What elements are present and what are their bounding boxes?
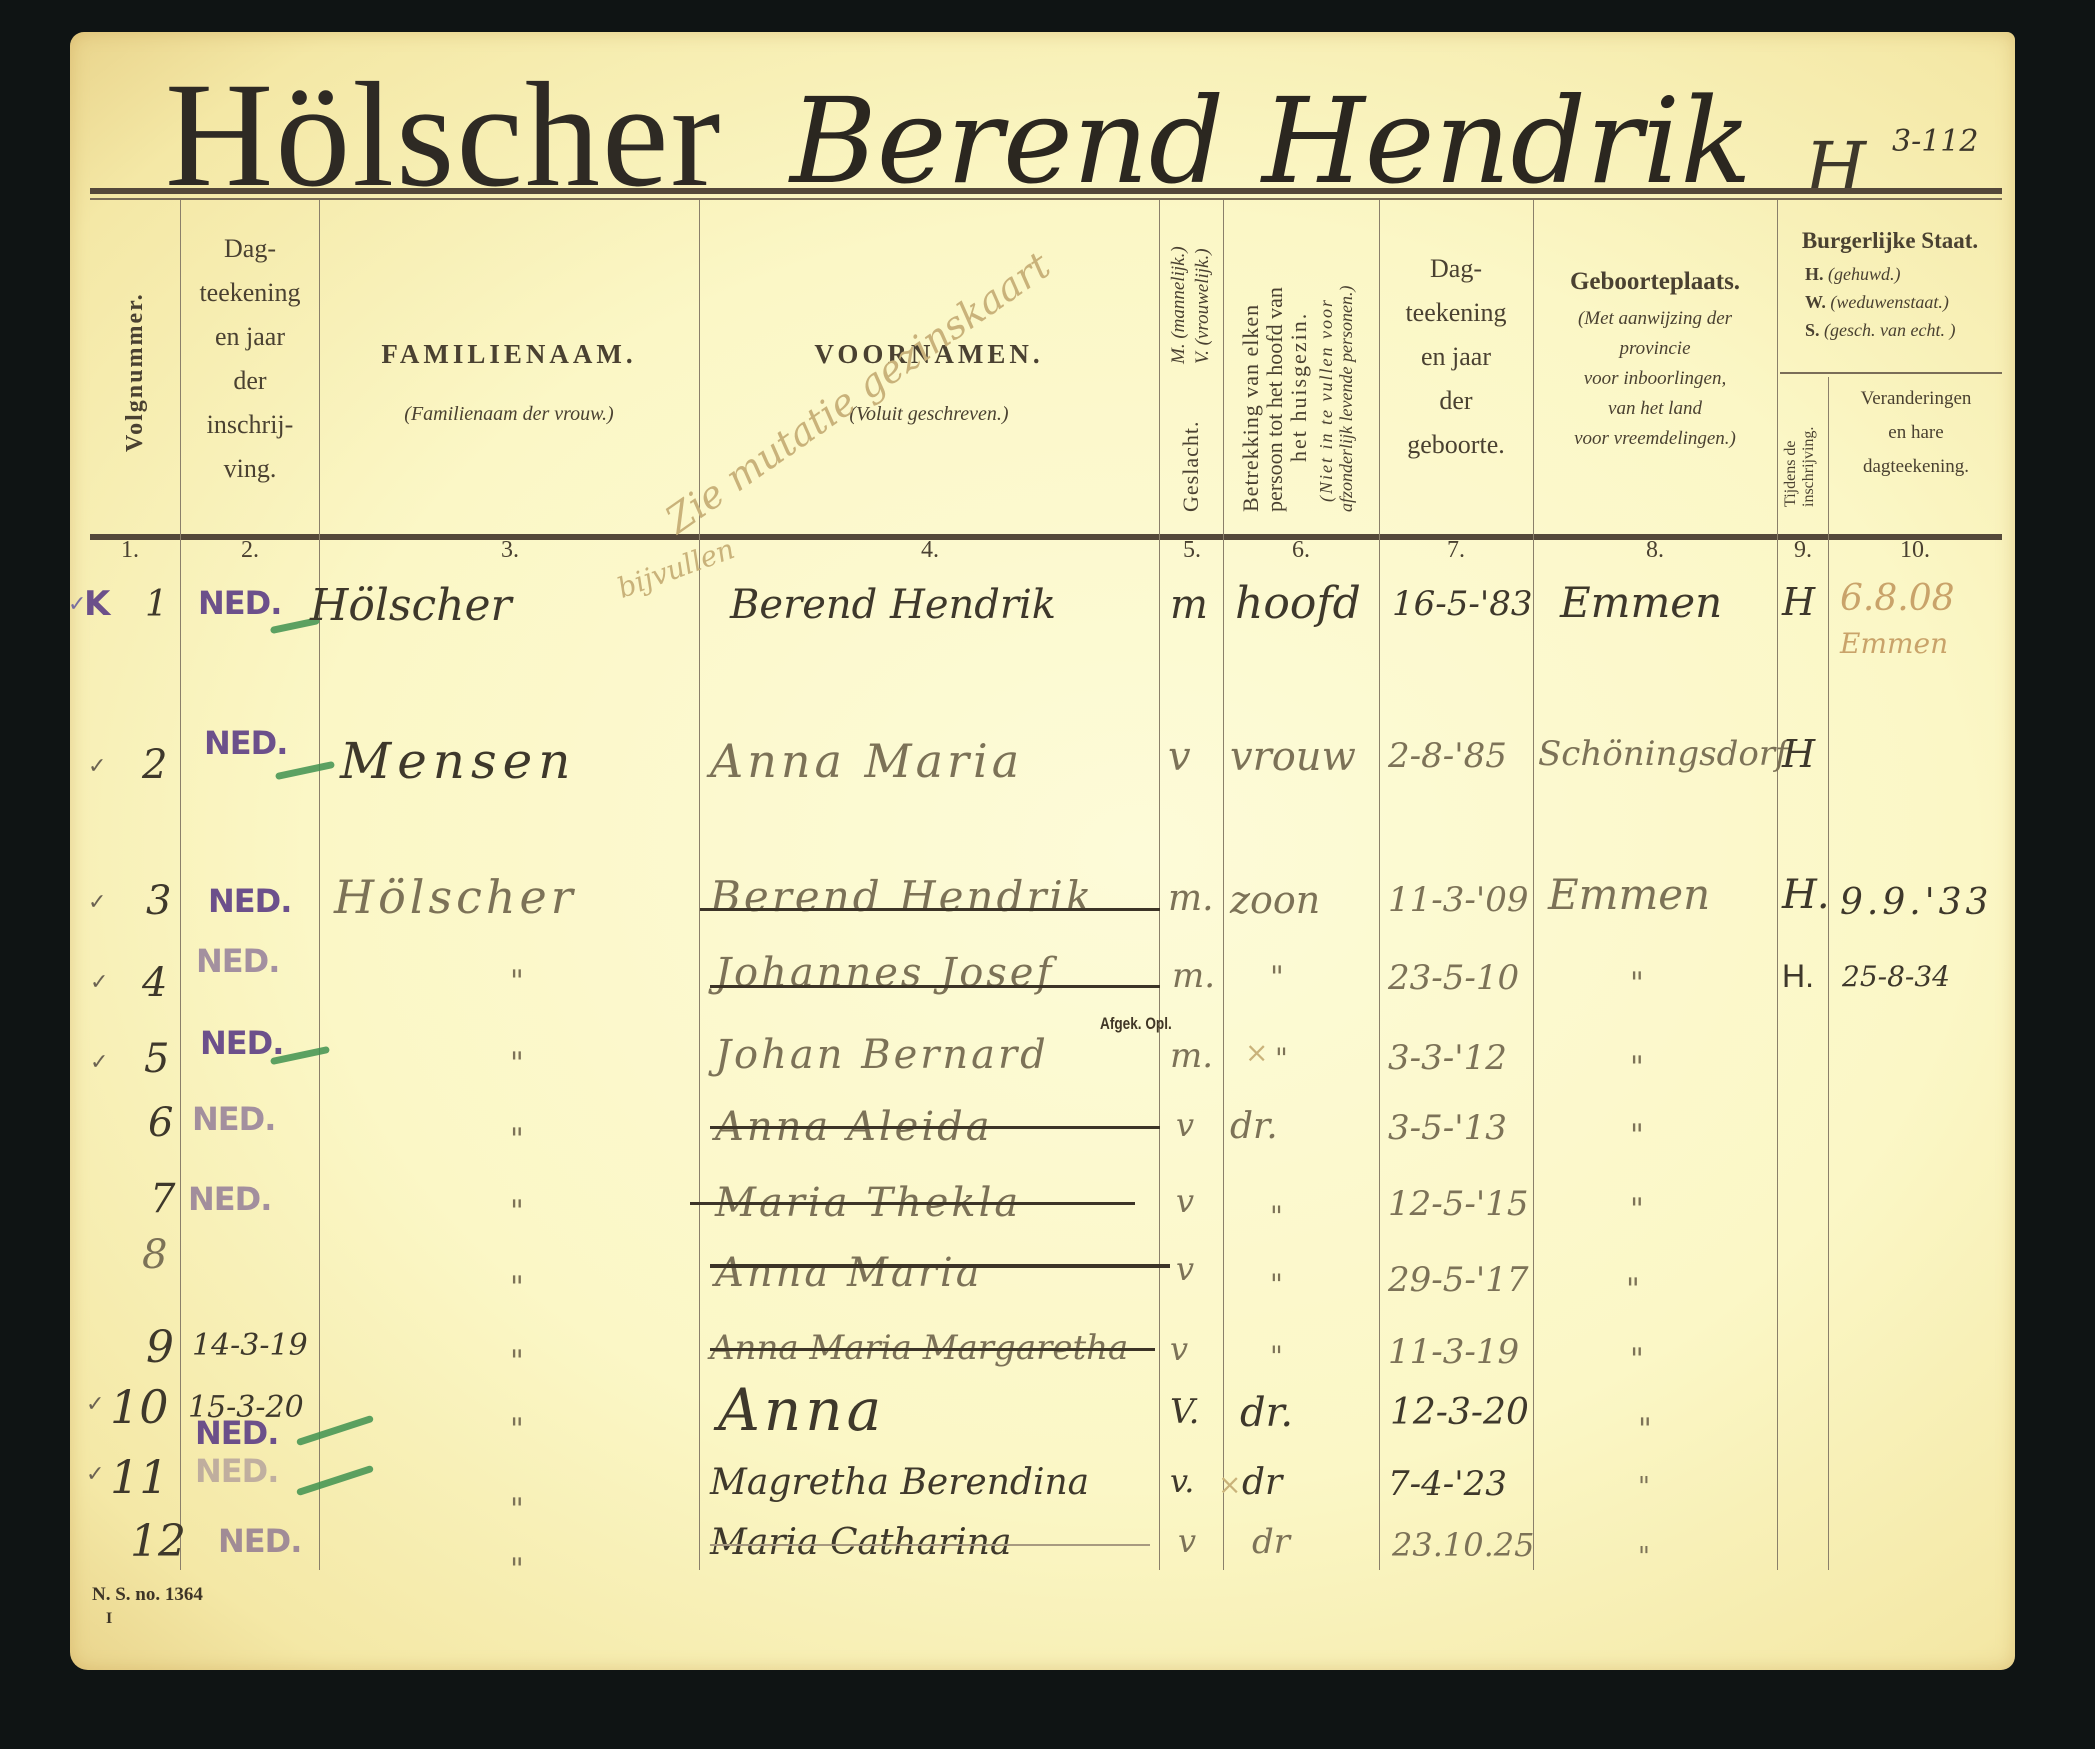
col-number-9: 9.	[1783, 537, 1823, 564]
k-mark: K	[84, 584, 109, 624]
strike-through-line	[710, 985, 1160, 988]
strike-through-line	[710, 1264, 1170, 1268]
sex: v	[1176, 1182, 1194, 1220]
col-number-7: 7.	[1436, 537, 1476, 564]
nationality-stamp: NED.	[200, 1024, 283, 1062]
header-geboorteplaats: Geboorteplaats.	[1534, 260, 1776, 304]
col-number-5: 5.	[1172, 537, 1212, 564]
relation: dr.	[1230, 1106, 1278, 1147]
birth-date: 12-5-'15	[1388, 1184, 1528, 1224]
birth-date: 16-5-'83	[1392, 584, 1532, 624]
header-dagteekening-geboorte: Dag- teekening en jaar der geboorte.	[1380, 247, 1532, 467]
given-names-handwritten: Berend Hendrik	[790, 82, 1752, 200]
afgek-opl-stamp: Afgek. Opl.	[1100, 1014, 1172, 1034]
given-names: Magretha Berendina	[710, 1462, 1089, 1503]
relation: dr	[1252, 1522, 1290, 1562]
header-top-rule	[90, 188, 2002, 194]
green-crayon-mark	[275, 761, 335, 780]
col-divider-4	[1159, 200, 1160, 1570]
nationality-stamp: NED.	[188, 1180, 271, 1218]
relation: vrouw	[1230, 734, 1356, 780]
col-divider-1	[180, 200, 181, 1570]
pencil-note: bijvullen	[613, 532, 739, 605]
surname-ditto: "	[510, 1344, 524, 1379]
relation: "	[1270, 1200, 1283, 1233]
row-number: 7	[150, 1176, 175, 1222]
col-number-3: 3.	[490, 537, 530, 564]
birth-date: 23-5-10	[1388, 958, 1519, 998]
col-number-8: 8.	[1635, 537, 1675, 564]
check-mark-icon: ✓	[88, 754, 106, 779]
birth-place: "	[1630, 966, 1644, 1001]
change-date: 9.9.'33	[1840, 882, 1992, 923]
pencil-x-mark: ×	[1245, 1036, 1268, 1069]
given-names: Johan Bernard	[715, 1032, 1049, 1078]
header-bottom-rule	[90, 534, 2002, 540]
given-names: Johannes Josef	[715, 950, 1054, 996]
row-number: 12	[130, 1516, 186, 1567]
birth-place: "	[1630, 1192, 1644, 1227]
birth-date: 3-5-'13	[1388, 1108, 1507, 1148]
row-number: 11	[110, 1450, 169, 1504]
sex: m.	[1172, 956, 1215, 996]
pencil-x-mark: ×	[1218, 1468, 1241, 1501]
change-date: 6.8.08	[1840, 578, 1955, 619]
green-crayon-mark	[296, 1415, 374, 1446]
birth-date: 2-8-'85	[1388, 736, 1507, 776]
strike-through-line	[690, 1202, 1135, 1205]
surname: Hölscher	[334, 870, 577, 924]
check-mark-icon: ✓	[86, 1392, 104, 1417]
birth-date: 23.10.25	[1392, 1526, 1535, 1564]
sex: m	[1170, 582, 1208, 628]
relation: dr	[1242, 1462, 1282, 1503]
nationality-stamp: NED.	[195, 1414, 278, 1452]
civil-status: H.	[1782, 958, 1814, 995]
surname-ditto: "	[510, 964, 524, 999]
given-names: Berend Hendrik	[710, 872, 1094, 921]
birth-place: "	[1630, 1118, 1644, 1153]
row-number: 3	[146, 878, 171, 924]
sex: v	[1168, 734, 1191, 780]
header-betrekking-3: het huisgezin.	[1286, 312, 1312, 462]
nationality-stamp: NED.	[192, 1100, 275, 1138]
burgerlijke-staat-legend: H. (gehuwd.) W. (weduwenstaat.) S. (gesc…	[1805, 260, 1955, 344]
surname-ditto: "	[510, 1552, 524, 1587]
birth-place: "	[1626, 1272, 1640, 1307]
sex: v	[1176, 1106, 1194, 1144]
sex: v	[1176, 1250, 1194, 1288]
header-top-rule-thin	[90, 198, 2002, 200]
form-series: I	[106, 1610, 112, 1628]
birth-place: "	[1630, 1050, 1644, 1085]
nationality-stamp: NED.	[198, 584, 281, 622]
change-date: 25-8-34	[1842, 960, 1950, 993]
header-geboorteplaats-sub: (Met aanwijzing der provincie voor inboo…	[1534, 304, 1776, 454]
birth-place: "	[1638, 1412, 1652, 1447]
birth-date: 11-3-19	[1388, 1332, 1519, 1372]
header-dagteekening-inschrijving: Dag- teekening en jaar der inschrij- vin…	[182, 227, 318, 491]
header-veranderingen: Veranderingen en hare dagteekening.	[1830, 382, 2002, 484]
row-number: 1	[145, 584, 168, 625]
sex: m.	[1168, 878, 1214, 919]
sex: v	[1170, 1330, 1188, 1368]
check-mark-icon: ✓	[86, 1462, 104, 1487]
header-familienaam: FAMILIENAAM.	[320, 332, 698, 376]
header-familienaam-sub: (Familienaam der vrouw.)	[320, 392, 698, 436]
birth-place: Schöningsdorf	[1538, 734, 1788, 774]
nationality-stamp: NED.	[208, 882, 291, 920]
surname-ditto: "	[510, 1412, 524, 1447]
birth-place: Emmen	[1560, 578, 1722, 627]
header-tijdens-de: Tijdens de	[1782, 440, 1800, 507]
given-names: Anna Maria	[710, 734, 1023, 788]
header-betrekking-note-2: afzonderlijk levende personen.)	[1336, 286, 1357, 512]
relation: hoofd	[1235, 578, 1361, 629]
row-number: 8	[142, 1232, 167, 1278]
col-divider-8	[1777, 200, 1778, 1570]
reference-letter: H	[1805, 127, 1866, 209]
birth-date: 29-5-'17	[1388, 1260, 1528, 1300]
birth-place: "	[1638, 1472, 1650, 1502]
col-divider-5	[1223, 200, 1224, 1570]
col-divider-9	[1828, 377, 1829, 1570]
header-geslacht: Geslacht.	[1178, 421, 1204, 512]
row-number: 10	[110, 1380, 169, 1434]
civil-status: H.	[1782, 872, 1830, 918]
relation: "	[1270, 1340, 1283, 1373]
birth-place: Emmen	[1548, 870, 1710, 919]
header-burgerlijke-staat: Burgerlijke Staat.	[1778, 224, 2002, 258]
birth-date: 7-4-'23	[1388, 1464, 1507, 1504]
col-number-10: 10.	[1895, 537, 1935, 564]
row-number: 6	[148, 1100, 173, 1146]
col-number-6: 6.	[1281, 537, 1321, 564]
check-mark-icon: ✓	[88, 890, 106, 915]
relation: "	[1275, 1042, 1288, 1075]
relation: "	[1270, 1268, 1283, 1301]
faint-strike-line	[710, 1544, 1150, 1546]
row-number: 9	[146, 1322, 174, 1373]
strike-through-line	[710, 1348, 1155, 1351]
relation: zoon	[1230, 878, 1320, 922]
check-mark-icon: ✓	[90, 1050, 108, 1075]
burgerlijke-staat-rule	[1780, 372, 2002, 374]
header-betrekking-2: persoon tot het hoofd van	[1262, 287, 1288, 512]
row-number: 2	[142, 742, 167, 788]
header-m-mannelijk: M. (mannelijk.)	[1168, 246, 1190, 364]
change-place: Emmen	[1840, 627, 1948, 660]
nationality-stamp: NED.	[195, 1452, 278, 1490]
relation: "	[1270, 960, 1284, 995]
sex: m.	[1170, 1036, 1213, 1076]
relation: dr.	[1240, 1390, 1293, 1436]
row-number: 5	[144, 1036, 169, 1082]
surname-ditto: "	[510, 1122, 524, 1157]
birth-date: 11-3-'09	[1388, 880, 1528, 920]
given-names: Anna Maria	[715, 1250, 983, 1296]
birth-date: 12-3-20	[1390, 1392, 1529, 1433]
given-names: Anna	[718, 1376, 885, 1444]
sex: V.	[1170, 1392, 1199, 1432]
surname-ditto: "	[510, 1194, 524, 1229]
surname-ditto: "	[510, 1492, 524, 1527]
reference-number: 3-112	[1892, 124, 1978, 159]
surname-ditto: "	[510, 1270, 524, 1305]
nationality-stamp: NED.	[218, 1522, 301, 1560]
surname-ditto: "	[510, 1046, 524, 1081]
given-names: Berend Hendrik	[730, 582, 1056, 628]
surname: Mensen	[340, 732, 576, 790]
birth-place: "	[1638, 1542, 1650, 1572]
registration-date: 14-3-19	[192, 1328, 308, 1363]
check-mark-icon: ✓	[90, 970, 108, 995]
header-inschrijving: inschrijving.	[1800, 427, 1818, 507]
header-betrekking-1: Betrekking van elken	[1238, 304, 1264, 512]
birth-date: 3-3-'12	[1388, 1038, 1507, 1078]
header-v-vrouwelijk: V. (vrouwelijk.)	[1192, 248, 1214, 364]
col-number-1: 1.	[110, 537, 150, 564]
row-number: 4	[142, 960, 167, 1006]
col-number-2: 2.	[230, 537, 270, 564]
form-number: N. S. no. 1364	[92, 1584, 203, 1606]
sex: v	[1178, 1522, 1196, 1560]
strike-through-line	[700, 908, 1160, 911]
nationality-stamp: NED.	[204, 724, 287, 762]
registration-card: Hölscher Berend Hendrik H 3-112 Volgnumm…	[70, 32, 2015, 1670]
civil-status: H	[1782, 580, 1815, 624]
given-names: Maria Catharina	[710, 1522, 1011, 1563]
col-number-4: 4.	[910, 537, 950, 564]
birth-place: "	[1630, 1342, 1644, 1377]
strike-through-line	[710, 1126, 1160, 1129]
sex: v.	[1170, 1462, 1194, 1500]
nationality-stamp: NED.	[196, 942, 279, 980]
header-volgnummer: Volgnummer.	[122, 292, 149, 452]
civil-status: H	[1782, 732, 1815, 776]
green-crayon-mark	[296, 1465, 374, 1496]
header-betrekking-note-1: (Niet in te vullen voor	[1316, 298, 1337, 502]
surname: Hölscher	[310, 580, 512, 631]
